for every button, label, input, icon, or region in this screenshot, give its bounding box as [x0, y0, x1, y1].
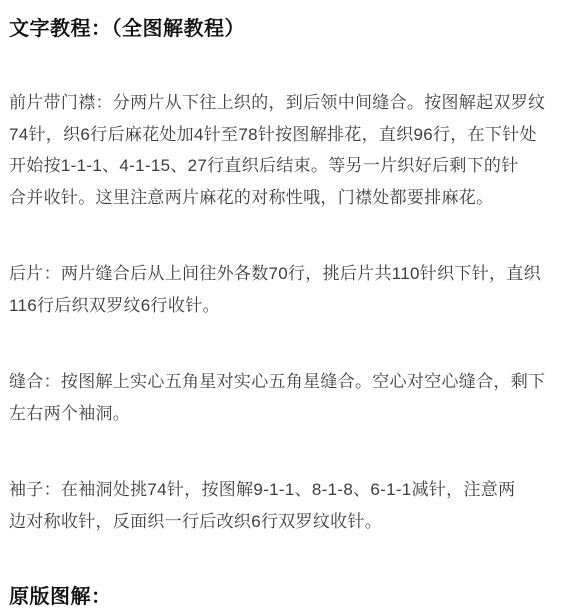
paragraph-front-panel: 前片带门襟：分两片从下往上织的，到后领中间缝合。按图解起双罗纹 74针，织6行后… — [9, 87, 572, 213]
paragraph-back-panel: 后片：两片缝合后从上间往外各数70行，挑后片共110针织下针，直织 116行后织… — [9, 258, 572, 321]
paragraph-seaming: 缝合：按图解上实心五角星对实心五角星缝合。空心对空心缝合，剩下 左右两个袖洞。 — [9, 366, 572, 429]
tutorial-body: 前片带门襟：分两片从下往上织的，到后领中间缝合。按图解起双罗纹 74针，织6行后… — [9, 87, 572, 537]
document-page: 文字教程：（全图解教程） 前片带门襟：分两片从下往上织的，到后领中间缝合。按图解… — [0, 0, 580, 615]
paragraph-sleeves: 袖子：在袖洞处挑74针，按图解9-1-1、8-1-8、6-1-1减针，注意两 边… — [9, 474, 572, 537]
page-title: 文字教程：（全图解教程） — [9, 14, 572, 44]
section-heading-original-chart: 原版图解： — [9, 582, 572, 612]
